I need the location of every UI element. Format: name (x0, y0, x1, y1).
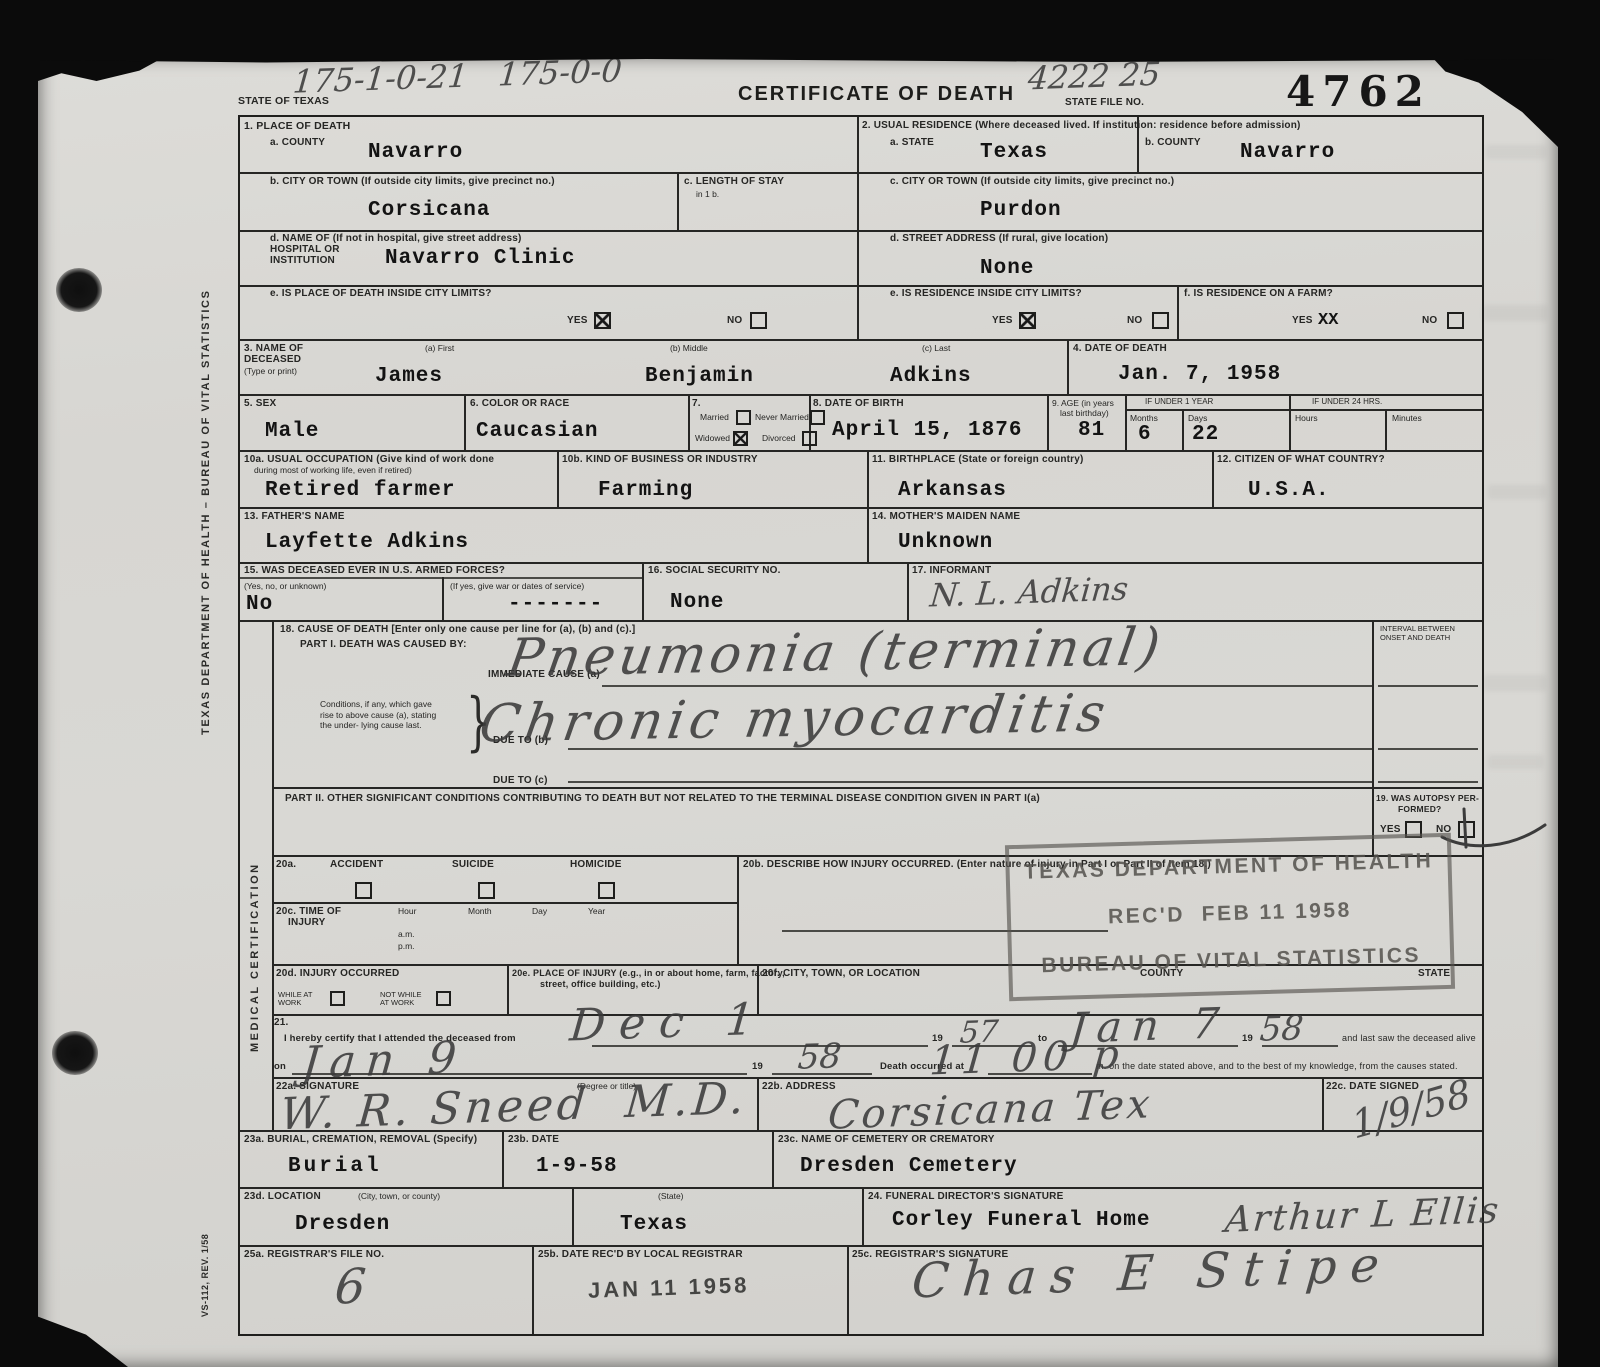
hospital-name-label2: HOSPITAL OR (270, 244, 340, 255)
date-of-birth-label: 8. DATE OF BIRTH (813, 398, 904, 409)
age-label: 9. AGE (in years (1052, 398, 1114, 408)
city-town-county-label: (City, town, or county) (358, 1191, 440, 1201)
armed-forces-dates-value: ------- (508, 593, 603, 616)
place-of-injury-label: 20e. PLACE OF INJURY (e.g., in or about … (512, 968, 785, 978)
item-21-num: 21. (274, 1017, 289, 1028)
rule (862, 1187, 864, 1245)
while-at-work-label2: WORK (278, 998, 301, 1007)
if-under-1-year-label: IF UNDER 1 YEAR (1145, 397, 1213, 406)
cemetery-name-value: Dresden Cemetery (800, 1155, 1018, 1178)
death-city-limits-label: e. IS PLACE OF DEATH INSIDE CITY LIMITS? (270, 288, 492, 299)
residence-county-value: Navarro (1240, 141, 1335, 164)
punch-hole-bottom (52, 1031, 98, 1075)
certify-text-4: m. on the date stated above, and to the … (1096, 1061, 1458, 1071)
rule (867, 507, 869, 562)
registrar-signature: Chas E Stipe (910, 1237, 1396, 1310)
rule (1182, 409, 1184, 450)
citizen-value: U.S.A. (1248, 479, 1330, 502)
rule (772, 1130, 774, 1187)
rule (1067, 339, 1069, 394)
rule (442, 577, 444, 620)
armed-forces-value: No (246, 593, 273, 616)
rule (502, 1130, 504, 1187)
last-name-value: Adkins (890, 365, 972, 388)
color-or-race-value: Caucasian (476, 420, 598, 443)
deceased-label2: DECEASED (244, 354, 301, 365)
residence-limits-yes-label: YES (992, 315, 1013, 326)
certificate-title: CERTIFICATE OF DEATH (738, 83, 1015, 106)
rule (688, 394, 690, 450)
interval-line-a (1378, 685, 1478, 687)
date-of-death-value: Jan. 7, 1958 (1118, 363, 1281, 386)
rule (1289, 394, 1291, 450)
torn-edge-bottom-left (38, 1295, 158, 1367)
divorced-checkbox (802, 431, 817, 446)
death-limits-yes-label: YES (567, 315, 588, 326)
interval-line-c (1378, 781, 1478, 783)
usual-occupation-label2: during most of working life, even if ret… (254, 465, 412, 475)
certify-on: on (274, 1061, 286, 1072)
rule (240, 230, 1482, 232)
ghost-smudge (1488, 485, 1546, 499)
date-recd-label: 25b. DATE REC'D BY LOCAL REGISTRAR (538, 1249, 743, 1260)
due-to-c-label: DUE TO (c) (493, 775, 548, 786)
length-of-stay-sublabel: in 1 b. (696, 189, 719, 199)
rule (1385, 409, 1387, 450)
interval-label2: ONSET AND DEATH (1380, 633, 1450, 642)
rule (240, 577, 642, 579)
autopsy-label2: FORMED? (1398, 804, 1441, 814)
hour-label: Hour (398, 906, 416, 916)
name-of-deceased-label: 3. NAME OF (244, 343, 303, 354)
death-county-label: a. COUNTY (270, 137, 325, 148)
never-married-label: Never Married (755, 412, 809, 422)
sex-label: 5. SEX (244, 398, 276, 409)
farm-yes-xx-mark: XX (1318, 311, 1338, 330)
rule (847, 1245, 849, 1334)
injury-occurred-label: 20d. INJURY OCCURRED (276, 968, 399, 979)
certify-19b: 19 (1242, 1033, 1253, 1044)
rule (677, 172, 679, 230)
age-value: 81 (1078, 419, 1105, 442)
medical-certification-vertical-text: MEDICAL CERTIFICATION (249, 862, 261, 1052)
fathers-name-label: 13. FATHER'S NAME (244, 511, 345, 522)
never-married-checkbox (810, 410, 825, 425)
accident-label: ACCIDENT (330, 859, 383, 870)
certify-text-2: and last saw the deceased alive (1342, 1033, 1476, 1043)
ghost-smudge (1488, 755, 1543, 769)
homicide-checkbox (598, 882, 615, 899)
type-or-print-label: (Type or print) (244, 366, 297, 376)
received-stamp: TEXAS DEPARTMENT OF HEALTH REC'D FEB 11 … (1005, 833, 1455, 1001)
date-of-birth-value: April 15, 1876 (832, 419, 1022, 442)
certificate-paper: TEXAS DEPARTMENT OF HEALTH – BUREAU OF V… (38, 55, 1558, 1367)
fathers-name-value: Layfette Adkins (265, 531, 469, 554)
months-label: Months (1130, 413, 1158, 423)
burial-location-label: 23d. LOCATION (244, 1191, 321, 1202)
rule (507, 964, 509, 1014)
punch-hole-top (56, 268, 102, 312)
hours-label: Hours (1295, 413, 1318, 423)
usual-occupation-label: 10a. USUAL OCCUPATION (Give kind of work… (244, 454, 494, 465)
while-at-work-checkbox (330, 991, 345, 1006)
rule (1212, 450, 1214, 507)
if-under-24-hrs-label: IF UNDER 24 HRS. (1312, 397, 1382, 406)
sex-value: Male (265, 420, 319, 443)
residence-street-value: None (980, 257, 1034, 280)
time-of-death-handwriting: 11 00 p (928, 1032, 1127, 1085)
cause-c-line (568, 781, 1372, 783)
married-label: Married (700, 412, 729, 422)
social-security-value: None (670, 591, 724, 614)
rule (1322, 1077, 1324, 1130)
rule (557, 450, 559, 507)
rule (240, 339, 1482, 341)
widowed-label: Widowed (695, 433, 730, 443)
burial-date-label: 23b. DATE (508, 1134, 559, 1145)
social-security-label: 16. SOCIAL SECURITY NO. (648, 565, 781, 576)
rule (240, 450, 1482, 452)
armed-forces-label: 15. WAS DECEASED EVER IN U.S. ARMED FORC… (244, 565, 505, 576)
year-label: Year (588, 906, 605, 916)
citizen-label: 12. CITIZEN OF WHAT COUNTRY? (1217, 454, 1385, 465)
rule (1125, 409, 1482, 411)
age-label2: last birthday) (1060, 408, 1109, 418)
month-label: Month (468, 906, 492, 916)
burial-location-state-value: Texas (620, 1213, 688, 1236)
place-of-injury-label2: street, office building, etc.) (540, 979, 661, 989)
burial-cremation-label: 23a. BURIAL, CREMATION, REMOVAL (Specify… (244, 1134, 477, 1145)
minutes-label: Minutes (1392, 413, 1422, 423)
mothers-maiden-name-value: Unknown (898, 531, 993, 554)
kind-of-business-label: 10b. KIND OF BUSINESS OR INDUSTRY (562, 454, 758, 465)
first-name-label: (a) First (425, 343, 454, 353)
day-label: Day (532, 906, 547, 916)
autopsy-label1: 19. WAS AUTOPSY PER- (1376, 793, 1479, 803)
accident-checkbox (355, 882, 372, 899)
birthplace-label: 11. BIRTHPLACE (State or foreign country… (872, 454, 1084, 465)
months-value: 6 (1138, 423, 1152, 446)
rule (240, 394, 1482, 396)
state-of-texas-label: STATE OF TEXAS (238, 95, 329, 107)
mothers-maiden-name-label: 14. MOTHER'S MAIDEN NAME (872, 511, 1020, 522)
marital-status-label: 7. (692, 398, 701, 409)
first-name-value: James (375, 365, 443, 388)
days-label: Days (1188, 413, 1207, 423)
residence-city-limits-label: e. IS RESIDENCE INSIDE CITY LIMITS? (890, 288, 1082, 299)
residence-limits-no-checkbox (1152, 312, 1169, 329)
rule (857, 117, 859, 339)
am-label: a.m. (398, 929, 415, 939)
part2-label: PART II. OTHER SIGNIFICANT CONDITIONS CO… (285, 793, 1040, 804)
death-city-value: Corsicana (368, 199, 490, 222)
interval-line-b (1378, 748, 1478, 750)
rule (1125, 394, 1127, 450)
certify-19c: 19 (752, 1061, 763, 1072)
rule (572, 1187, 574, 1245)
rule (642, 562, 644, 620)
attended-from-handwriting: Dec 1 (568, 993, 770, 1051)
suicide-checkbox (478, 882, 495, 899)
cemetery-name-label: 23c. NAME OF CEMETERY OR CREMATORY (778, 1134, 995, 1145)
funeral-director-signature: Arthur L Ellis (1223, 1190, 1502, 1241)
hospital-name-value: Navarro Clinic (385, 247, 575, 270)
informant-signature: N. L. Adkins (928, 569, 1129, 614)
torn-edge-top (38, 55, 1558, 65)
rule (737, 855, 739, 964)
married-checkbox (736, 410, 751, 425)
state-sublabel: (State) (658, 1191, 684, 1201)
rule (464, 394, 466, 450)
rule (1372, 620, 1374, 855)
color-or-race-label: 6. COLOR OR RACE (470, 398, 569, 409)
burial-location-city-value: Dresden (295, 1213, 390, 1236)
time-of-injury-label1: 20c. TIME OF (276, 906, 341, 917)
rule (240, 172, 1482, 174)
farm-no-checkbox (1447, 312, 1464, 329)
injury-county-label: COUNTY (1140, 968, 1183, 979)
ghost-smudge (1483, 305, 1547, 321)
armed-forces-sub1: (Yes, no, or unknown) (244, 581, 326, 591)
item-20a-num: 20a. (276, 859, 296, 870)
rule (240, 1187, 1482, 1189)
death-city-label: b. CITY OR TOWN (If outside city limits,… (270, 176, 555, 187)
residence-farm-label: f. IS RESIDENCE ON A FARM? (1184, 288, 1333, 299)
usual-residence-label: 2. USUAL RESIDENCE (Where deceased lived… (862, 120, 1301, 131)
date-received-stamp: JAN 11 1958 (588, 1272, 750, 1304)
rule (867, 450, 869, 507)
middle-name-value: Benjamin (645, 365, 754, 388)
rule (240, 285, 1482, 287)
conditions-note: Conditions, if any, which gave rise to a… (320, 699, 438, 731)
residence-street-label: d. STREET ADDRESS (If rural, give locati… (890, 233, 1108, 244)
cause-b-handwriting: Chronic myocarditis (475, 683, 1114, 754)
homicide-label: HOMICIDE (570, 859, 622, 870)
residence-city-label: c. CITY OR TOWN (If outside city limits,… (890, 176, 1174, 187)
not-while-at-work-checkbox (436, 991, 451, 1006)
pm-label: p.m. (398, 941, 415, 951)
death-limits-no-label: NO (727, 315, 742, 326)
form-code-vertical-text: VS-112, REV. 1/58 (200, 1234, 210, 1317)
scanned-death-certificate: { "header": { "hand_codes": "175-1-0-21 … (0, 0, 1600, 1367)
hospital-name-label3: INSTITUTION (270, 255, 335, 266)
days-value: 22 (1192, 423, 1219, 446)
place-of-death-label: 1. PLACE OF DEATH (244, 120, 350, 132)
residence-limits-no-label: NO (1127, 315, 1142, 326)
rule (240, 507, 1482, 509)
funeral-director-label: 24. FUNERAL DIRECTOR'S SIGNATURE (868, 1191, 1063, 1202)
medical-strip-rule (272, 620, 274, 1130)
rule (240, 562, 1482, 564)
death-limits-no-checkbox (750, 312, 767, 329)
middle-name-label: (b) Middle (670, 343, 708, 353)
state-file-no-label: STATE FILE NO. (1065, 97, 1144, 108)
state-file-number: 4762 (1286, 67, 1431, 116)
death-limits-yes-checkbox-checked (594, 312, 611, 329)
farm-yes-label: YES (1292, 315, 1313, 326)
residence-state-value: Texas (980, 141, 1048, 164)
to-year-handwriting: 58 (1258, 1008, 1305, 1050)
certificate-form: MEDICAL CERTIFICATION 1. PLACE OF DEATH … (238, 115, 1484, 1336)
residence-city-value: Purdon (980, 199, 1062, 222)
burial-date-value: 1-9-58 (536, 1155, 618, 1178)
injury-state-label: STATE (1418, 968, 1450, 979)
suicide-label: SUICIDE (452, 859, 494, 870)
widowed-checkbox-checked (733, 431, 748, 446)
ghost-smudge (1486, 145, 1546, 159)
rule (532, 1245, 534, 1334)
part1-label: PART I. DEATH WAS CAUSED BY: (300, 639, 467, 650)
rule (757, 1077, 759, 1130)
kind-of-business-value: Farming (598, 479, 693, 502)
residence-county-label: b. COUNTY (1145, 137, 1201, 148)
birthplace-value: Arkansas (898, 479, 1007, 502)
interval-label1: INTERVAL BETWEEN (1380, 624, 1455, 633)
time-of-injury-label2: INJURY (288, 917, 326, 928)
residence-limits-yes-checkbox-checked (1019, 312, 1036, 329)
usual-occupation-value: Retired farmer (265, 479, 455, 502)
hospital-name-label: d. NAME OF (If not in hospital, give str… (270, 233, 522, 244)
rule (1047, 394, 1049, 450)
farm-no-label: NO (1422, 315, 1437, 326)
left-margin-vertical-text: TEXAS DEPARTMENT OF HEALTH – BUREAU OF V… (200, 289, 212, 735)
cause-a-handwriting: Pneumonia (terminal) (503, 617, 1168, 689)
registrar-file-no-handwriting: 6 (333, 1258, 368, 1315)
rule (272, 902, 737, 904)
residence-state-label: a. STATE (890, 137, 934, 148)
injury-city-label: 20f. CITY, TOWN, OR LOCATION (762, 968, 920, 979)
funeral-home-value: Corley Funeral Home (892, 1209, 1150, 1232)
address-label: 22b. ADDRESS (762, 1081, 836, 1092)
not-while-at-work-label2: AT WORK (380, 998, 414, 1007)
rule (272, 787, 1482, 789)
death-county-value: Navarro (368, 141, 463, 164)
autopsy-no-handwritten-mark (1440, 807, 1550, 857)
last-name-label: (c) Last (922, 343, 950, 353)
ghost-smudge (1484, 675, 1546, 691)
last-seen-year-handwriting: 58 (796, 1036, 843, 1078)
rule (1177, 285, 1179, 339)
divorced-label: Divorced (762, 433, 796, 443)
armed-forces-sub2: (If yes, give war or dates of service) (450, 581, 584, 591)
rule (907, 562, 909, 620)
burial-value: Burial (288, 1155, 382, 1178)
length-of-stay-label: c. LENGTH OF STAY (684, 176, 784, 187)
date-of-death-label: 4. DATE OF DEATH (1073, 343, 1167, 354)
